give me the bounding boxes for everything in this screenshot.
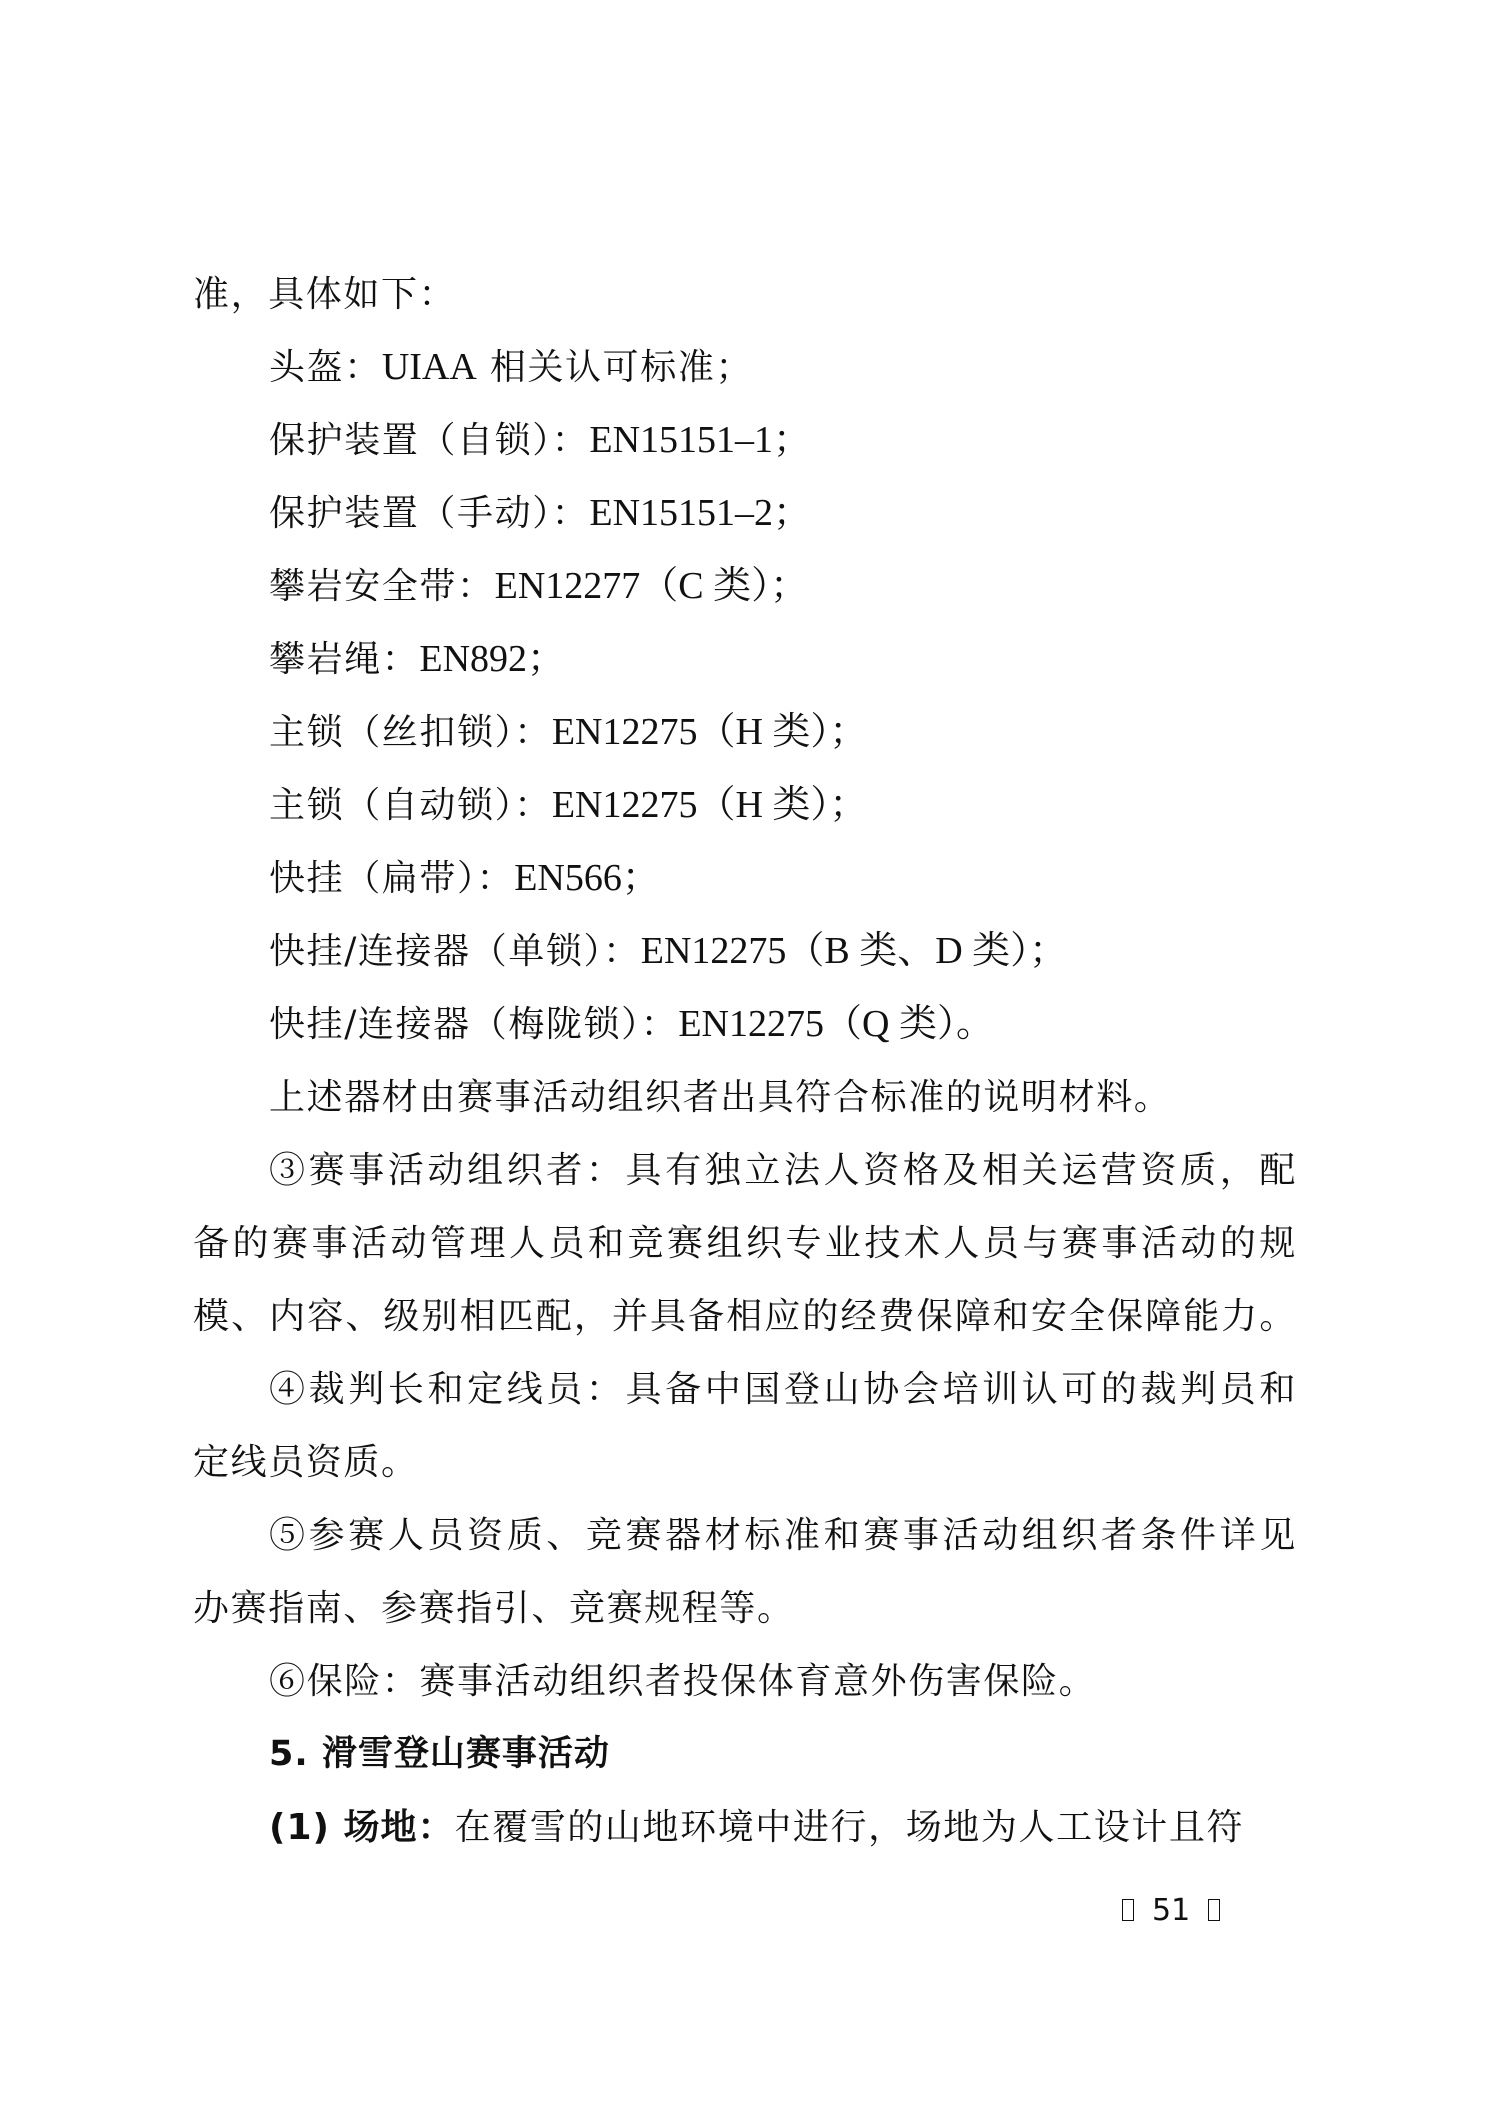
item6-line1: ⑥保险：赛事活动组织者投保体育意外伤害保险。 — [193, 1645, 1297, 1718]
item4-line2: 定线员资质。 — [193, 1426, 1297, 1499]
standard-label: 保护装置（手动）： — [269, 493, 589, 534]
standard-value: UIAA — [382, 346, 477, 388]
section5-item1: (1) 场地：在覆雪的山地环境中进行，场地为人工设计且符 — [193, 1791, 1297, 1864]
standard-harness: 攀岩安全带：EN12277（C 类）； — [193, 550, 1297, 623]
standard-label: 头盔： — [269, 347, 382, 388]
item4-line1: ④裁判长和定线员：具备中国登山协会培训认可的裁判员和 — [193, 1353, 1297, 1426]
intro-text: 准，具体如下： — [193, 274, 456, 315]
standard-carabiner-auto: 主锁（自动锁）：EN12275（H 类）； — [193, 769, 1297, 842]
standard-helmet: 头盔：UIAA 相关认可标准； — [193, 331, 1297, 404]
text-line-equipment-note: 上述器材由赛事活动组织者出具符合标准的说明材料。 — [193, 1061, 1297, 1134]
standard-value: EN12275（Q 类）。 — [678, 1003, 994, 1045]
item-label: (1) 场地： — [269, 1807, 455, 1848]
standard-label: 主锁（自动锁）： — [269, 785, 552, 826]
missing-glyph-icon — [1208, 1899, 1220, 1921]
standard-rope: 攀岩绳：EN892； — [193, 623, 1297, 696]
standard-value: EN15151–1； — [589, 419, 811, 461]
item5-line2: 办赛指南、参赛指引、竞赛规程等。 — [193, 1572, 1297, 1645]
standard-value: EN12275（B 类、D 类）； — [641, 930, 1067, 972]
standard-label: 攀岩绳： — [269, 639, 419, 680]
standard-quickdraw-sling: 快挂（扁带）：EN566； — [193, 842, 1297, 915]
document-page: 准，具体如下： 头盔：UIAA 相关认可标准； 保护装置（自锁）：EN15151… — [193, 258, 1297, 1864]
standard-value: EN12275（H 类）； — [552, 711, 868, 753]
standard-value: EN15151–2； — [589, 492, 811, 534]
standard-value: EN892； — [419, 638, 565, 680]
item3-line3: 模、内容、级别相匹配，并具备相应的经费保障和安全保障能力。 — [193, 1280, 1297, 1353]
item5-line1: ⑤参赛人员资质、竞赛器材标准和赛事活动组织者条件详见 — [193, 1499, 1297, 1572]
text-line-intro: 准，具体如下： — [193, 258, 1297, 331]
standard-connector-maillon: 快挂/连接器（梅陇锁）：EN12275（Q 类）。 — [193, 988, 1297, 1061]
standard-belay-auto: 保护装置（自锁）：EN15151–1； — [193, 404, 1297, 477]
item3-line1: ③赛事活动组织者：具有独立法人资格及相关运营资质，配 — [193, 1134, 1297, 1207]
standard-carabiner-screw: 主锁（丝扣锁）：EN12275（H 类）； — [193, 696, 1297, 769]
item-text: 在覆雪的山地环境中进行，场地为人工设计且符 — [455, 1807, 1245, 1848]
standard-value: EN566； — [514, 857, 660, 899]
page-footer: 51 — [1122, 1888, 1220, 1932]
standard-label: 保护装置（自锁）： — [269, 420, 589, 461]
page-number: 51 — [1152, 1893, 1190, 1928]
standard-value: EN12277（C 类）； — [495, 565, 809, 607]
standard-label: 快挂/连接器（单锁）： — [269, 931, 641, 972]
item3-line2: 备的赛事活动管理人员和竞赛组织专业技术人员与赛事活动的规 — [193, 1207, 1297, 1280]
missing-glyph-icon — [1122, 1899, 1134, 1921]
standard-connector-single: 快挂/连接器（单锁）：EN12275（B 类、D 类）； — [193, 915, 1297, 988]
standard-label: 攀岩安全带： — [269, 566, 495, 607]
standard-label: 快挂/连接器（梅陇锁）： — [269, 1004, 678, 1045]
equipment-note-text: 上述器材由赛事活动组织者出具符合标准的说明材料。 — [269, 1077, 1171, 1118]
standard-label: 快挂（扁带）： — [269, 858, 514, 899]
section-heading: 5. 滑雪登山赛事活动 — [193, 1718, 1297, 1791]
standard-belay-manual: 保护装置（手动）：EN15151–2； — [193, 477, 1297, 550]
standard-label: 主锁（丝扣锁）： — [269, 712, 552, 753]
standard-rest: 相关认可标准； — [477, 347, 753, 388]
standard-value: EN12275（H 类）； — [552, 784, 868, 826]
